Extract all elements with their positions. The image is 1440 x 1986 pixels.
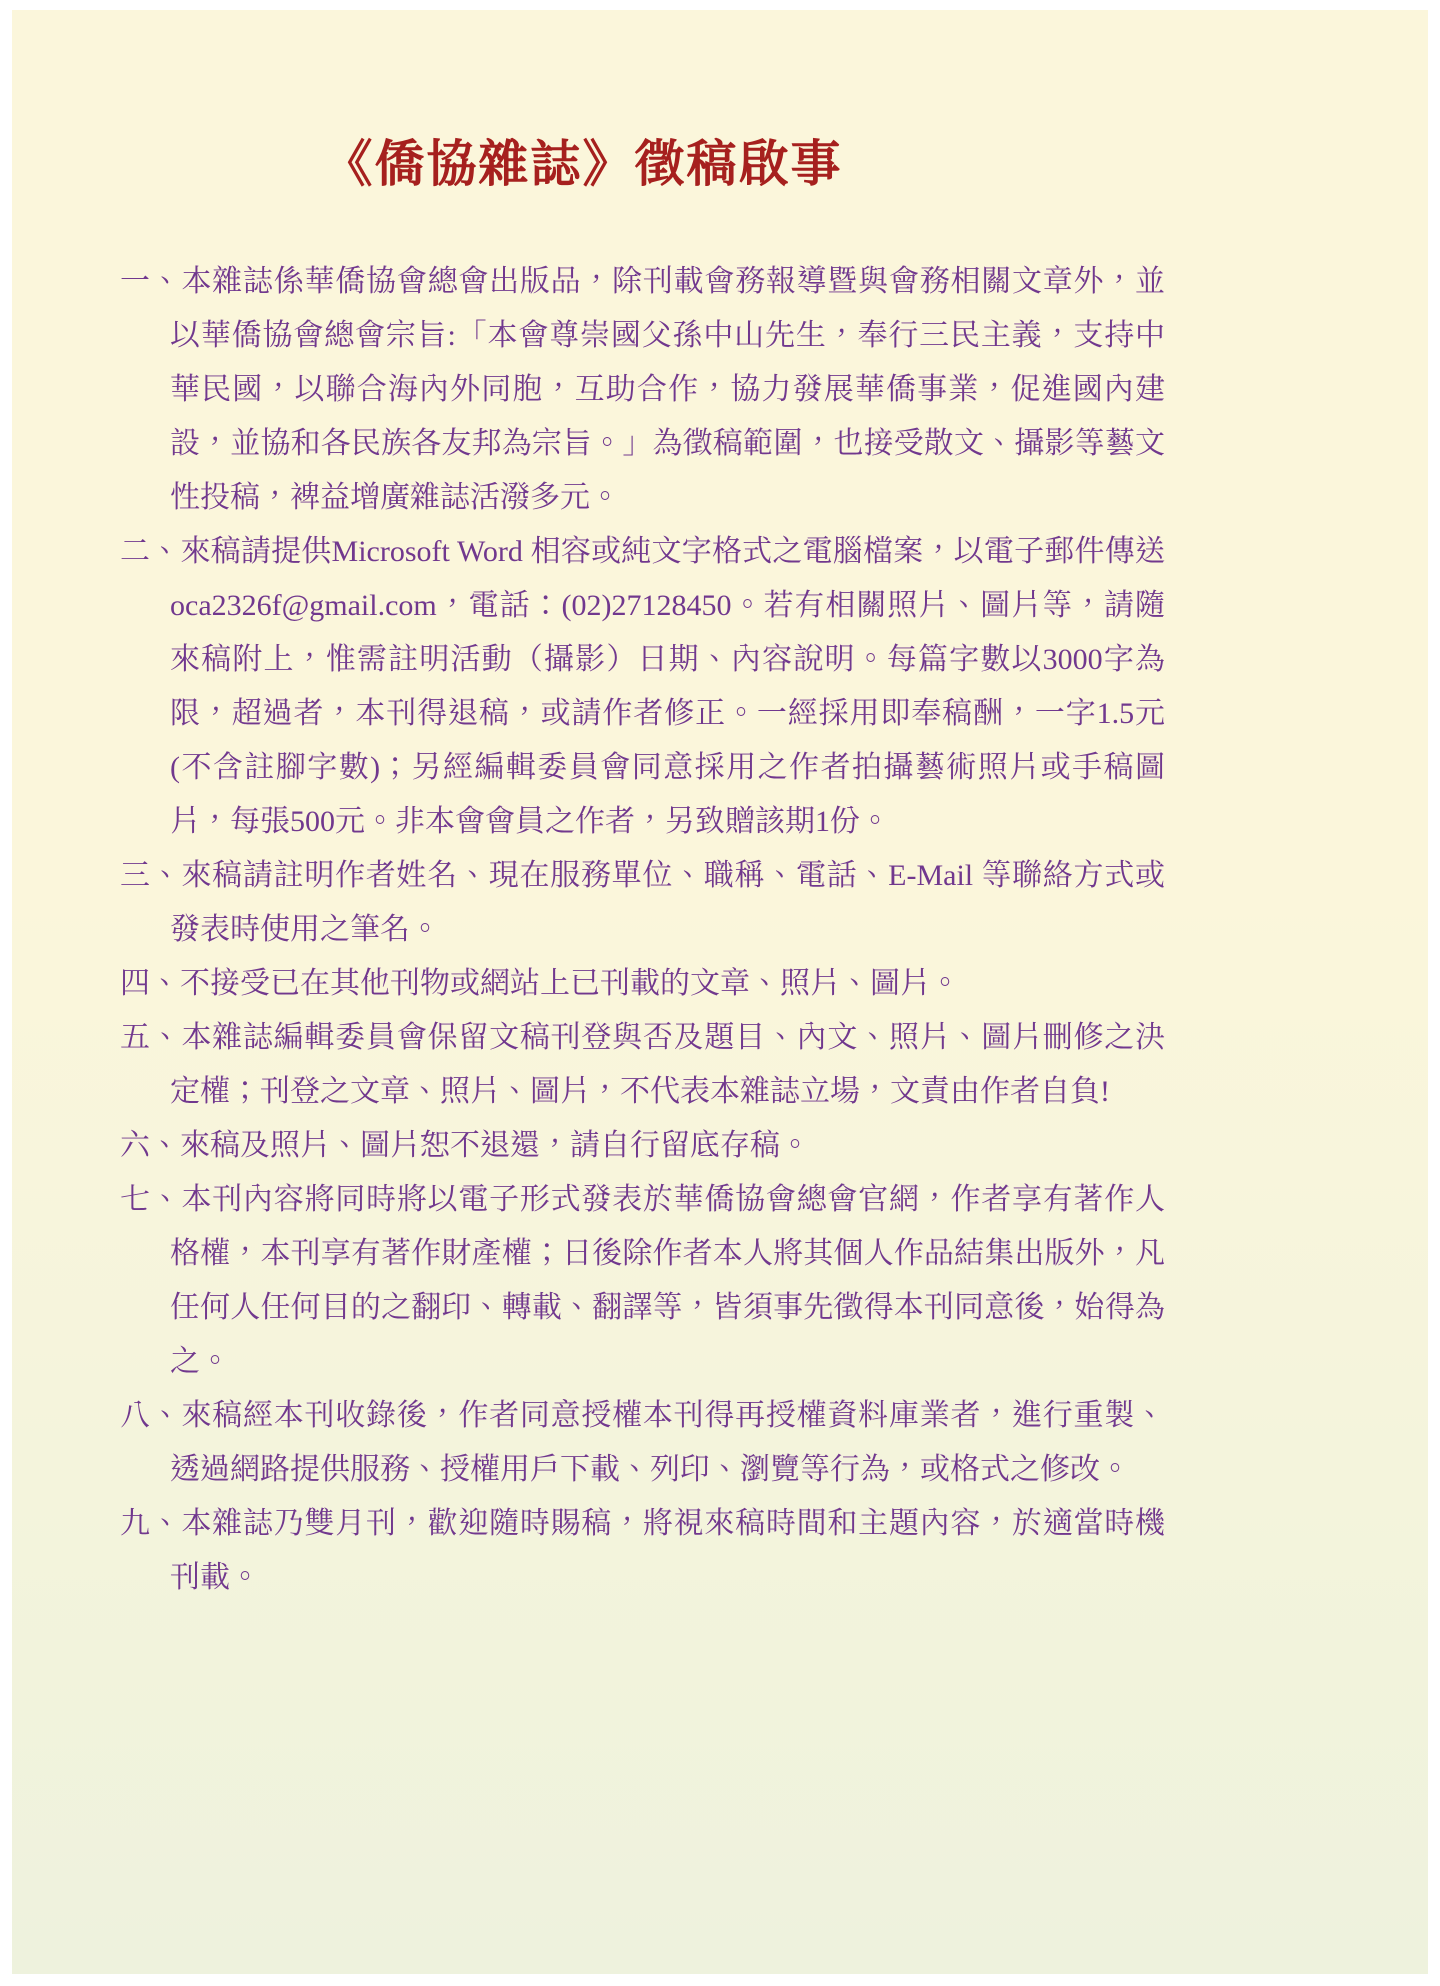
notice-item-5: 五、本雜誌編輯委員會保留文稿刊登與否及題目、內文、照片、圖片刪修之決定權；刊登之…	[120, 1011, 1165, 1119]
notice-item-1-number: 一、	[120, 265, 182, 298]
notice-sheet: 《僑協雜誌》徵稿啟事 一、本雜誌係華僑協會總會出版品，除刊載會務報導暨與會務相關…	[12, 10, 1428, 1974]
notice-item-2: 二、來稿請提供Microsoft Word 相容或純文字格式之電腦檔案，以電子郵…	[120, 525, 1165, 849]
notice-item-1-text: 本雜誌係華僑協會總會出版品，除刊載會務報導暨與會務相關文章外，並以華僑協會總會宗…	[170, 265, 1165, 514]
document-page: 《僑協雜誌》徵稿啟事 一、本雜誌係華僑協會總會出版品，除刊載會務報導暨與會務相關…	[0, 0, 1440, 1986]
notice-item-3-text: 來稿請註明作者姓名、現在服務單位、職稱、電話、E-Mail 等聯絡方式或發表時使…	[170, 859, 1165, 946]
notice-item-9-text: 本雜誌乃雙月刊，歡迎隨時賜稿，將視來稿時間和主題內容，於適當時機刊載。	[170, 1507, 1165, 1594]
notice-item-3: 三、來稿請註明作者姓名、現在服務單位、職稱、電話、E-Mail 等聯絡方式或發表…	[120, 849, 1165, 957]
page-title: 《僑協雜誌》徵稿啟事	[120, 132, 1165, 197]
notice-item-2-number: 二、	[120, 535, 180, 568]
notice-item-8-number: 八、	[120, 1399, 182, 1432]
notice-item-8: 八、來稿經本刊收錄後，作者同意授權本刊得再授權資料庫業者，進行重製、透過網路提供…	[120, 1389, 1165, 1497]
notice-item-5-text: 本雜誌編輯委員會保留文稿刊登與否及題目、內文、照片、圖片刪修之決定權；刊登之文章…	[170, 1021, 1165, 1108]
notice-item-4-text: 不接受已在其他刊物或網站上已刊載的文章、照片、圖片。	[180, 967, 960, 1000]
notice-item-7-number: 七、	[120, 1183, 182, 1216]
notice-item-5-number: 五、	[120, 1021, 182, 1054]
notice-item-2-text: 來稿請提供Microsoft Word 相容或純文字格式之電腦檔案，以電子郵件傳…	[170, 535, 1165, 838]
notice-item-6-number: 六、	[120, 1129, 180, 1162]
notice-item-6-text: 來稿及照片、圖片恕不退還，請自行留底存稿。	[180, 1129, 810, 1162]
notice-item-7: 七、本刊內容將同時將以電子形式發表於華僑協會總會官網，作者享有著作人格權，本刊享…	[120, 1173, 1165, 1389]
notice-item-9: 九、本雜誌乃雙月刊，歡迎隨時賜稿，將視來稿時間和主題內容，於適當時機刊載。	[120, 1497, 1165, 1605]
notice-item-8-text: 來稿經本刊收錄後，作者同意授權本刊得再授權資料庫業者，進行重製、透過網路提供服務…	[170, 1399, 1165, 1486]
notice-item-4-number: 四、	[120, 967, 180, 1000]
notice-item-4: 四、不接受已在其他刊物或網站上已刊載的文章、照片、圖片。	[120, 957, 1165, 1011]
notice-item-3-number: 三、	[120, 859, 181, 892]
notice-item-1: 一、本雜誌係華僑協會總會出版品，除刊載會務報導暨與會務相關文章外，並以華僑協會總…	[120, 255, 1165, 525]
notice-item-6: 六、來稿及照片、圖片恕不退還，請自行留底存稿。	[120, 1119, 1165, 1173]
notice-list: 一、本雜誌係華僑協會總會出版品，除刊載會務報導暨與會務相關文章外，並以華僑協會總…	[120, 255, 1165, 1605]
notice-content: 《僑協雜誌》徵稿啟事 一、本雜誌係華僑協會總會出版品，除刊載會務報導暨與會務相關…	[120, 132, 1165, 1605]
notice-item-7-text: 本刊內容將同時將以電子形式發表於華僑協會總會官網，作者享有著作人格權，本刊享有著…	[170, 1183, 1165, 1378]
notice-item-9-number: 九、	[120, 1507, 182, 1540]
